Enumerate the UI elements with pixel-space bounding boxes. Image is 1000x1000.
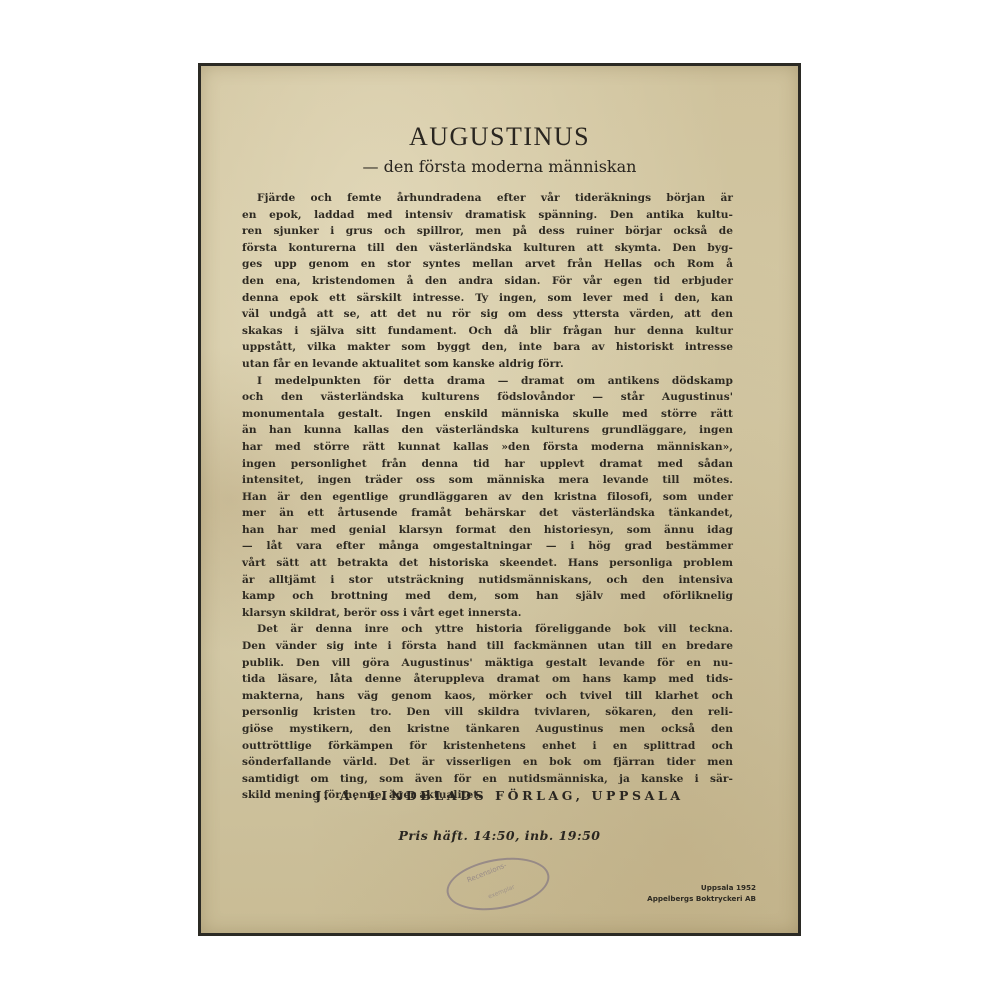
page-subtitle: — den första moderna människan [201, 157, 798, 176]
text-line: kamp och brottning med dem, som han själ… [242, 588, 733, 605]
text-line: skakas i själva sitt fundament. Och då b… [242, 323, 733, 340]
page-title: AUGUSTINUS [201, 122, 798, 152]
text-line: makterna, hans väg genom kaos, mörker oc… [242, 688, 733, 705]
text-line: Det är denna inre och yttre historia för… [242, 621, 733, 638]
paragraph: Det är denna inre och yttre historia för… [242, 621, 733, 804]
text-line: tida läsare, låta denne återuppleva dram… [242, 671, 733, 688]
printer-imprint: Uppsala 1952 Appelbergs Boktryckeri AB [647, 882, 756, 904]
imprint-place-year: Uppsala 1952 [647, 882, 756, 893]
text-line: publik. Den vill göra Augustinus' mäktig… [242, 655, 733, 672]
body-text: Fjärde och femte århundradena efter vår … [242, 190, 733, 804]
document-page: AUGUSTINUS — den första moderna människa… [198, 63, 801, 936]
text-line: och den västerländska kulturens födslovå… [242, 389, 733, 406]
text-line: giöse mystikern, den kristne tänkaren Au… [242, 721, 733, 738]
text-line: den ena, kristendomen å den andra sidan.… [242, 273, 733, 290]
text-line: uppstått, vilka makter som byggt den, in… [242, 339, 733, 356]
text-line: han har med genial klarsyn format den hi… [242, 522, 733, 539]
text-line: första konturerna till den västerländska… [242, 240, 733, 257]
text-line: klarsyn skildrat, berör oss i vårt eget … [242, 605, 733, 622]
text-line: väl undgå att se, att det nu rör sig om … [242, 306, 733, 323]
stamp-text-bottom: exemplar [487, 884, 516, 901]
text-line: personlig kristen tro. Den vill skildra … [242, 704, 733, 721]
paragraph: I medelpunkten för detta drama — dramat … [242, 373, 733, 622]
paragraph: Fjärde och femte århundradena efter vår … [242, 190, 733, 373]
text-line: Han är den egentlige grundläggaren av de… [242, 489, 733, 506]
text-line: Fjärde och femte århundradena efter vår … [242, 190, 733, 207]
price-line: Pris häft. 14:50, inb. 19:50 [201, 828, 798, 843]
text-line: Den vänder sig inte i första hand till f… [242, 638, 733, 655]
review-copy-stamp: Recensions- exemplar [442, 850, 553, 917]
text-line: utan får en levande aktualitet som kansk… [242, 356, 733, 373]
text-line: monumentala gestalt. Ingen enskild männi… [242, 406, 733, 423]
text-line: ges upp genom en stor syntes mellan arve… [242, 256, 733, 273]
text-line: samtidigt om ting, som även för en nutid… [242, 771, 733, 788]
imprint-printer: Appelbergs Boktryckeri AB [647, 893, 756, 904]
text-line: outtröttlige förkämpen för kristenhetens… [242, 738, 733, 755]
text-line: än han kunna kallas den västerländska ku… [242, 422, 733, 439]
text-line: vårt sätt att betrakta det historiska sk… [242, 555, 733, 572]
stamp-text-top: Recensions- [466, 861, 508, 884]
text-line: — låt vara efter många omgestaltningar —… [242, 538, 733, 555]
text-line: ren sjunker i grus och spillror, men på … [242, 223, 733, 240]
text-line: denna epok ett särskilt intresse. Ty ing… [242, 290, 733, 307]
text-line: intensitet, ingen träder oss som människ… [242, 472, 733, 489]
text-line: I medelpunkten för detta drama — dramat … [242, 373, 733, 390]
text-line: en epok, laddad med intensiv dramatisk s… [242, 207, 733, 224]
text-line: mer än ett årtusende framåt behärskar de… [242, 505, 733, 522]
text-line: har med större rätt kunnat kallas »den f… [242, 439, 733, 456]
text-line: sönderfallande värld. Det är visserligen… [242, 754, 733, 771]
emphasized-name: Augustinus' [662, 391, 733, 403]
publisher-line: J. A. LINDBLADS FÖRLAG, UPPSALA [201, 788, 798, 803]
text-line: ingen personlighet från denna tid har up… [242, 456, 733, 473]
text-line: är alltjämt i stor utsträckning nutidsmä… [242, 572, 733, 589]
